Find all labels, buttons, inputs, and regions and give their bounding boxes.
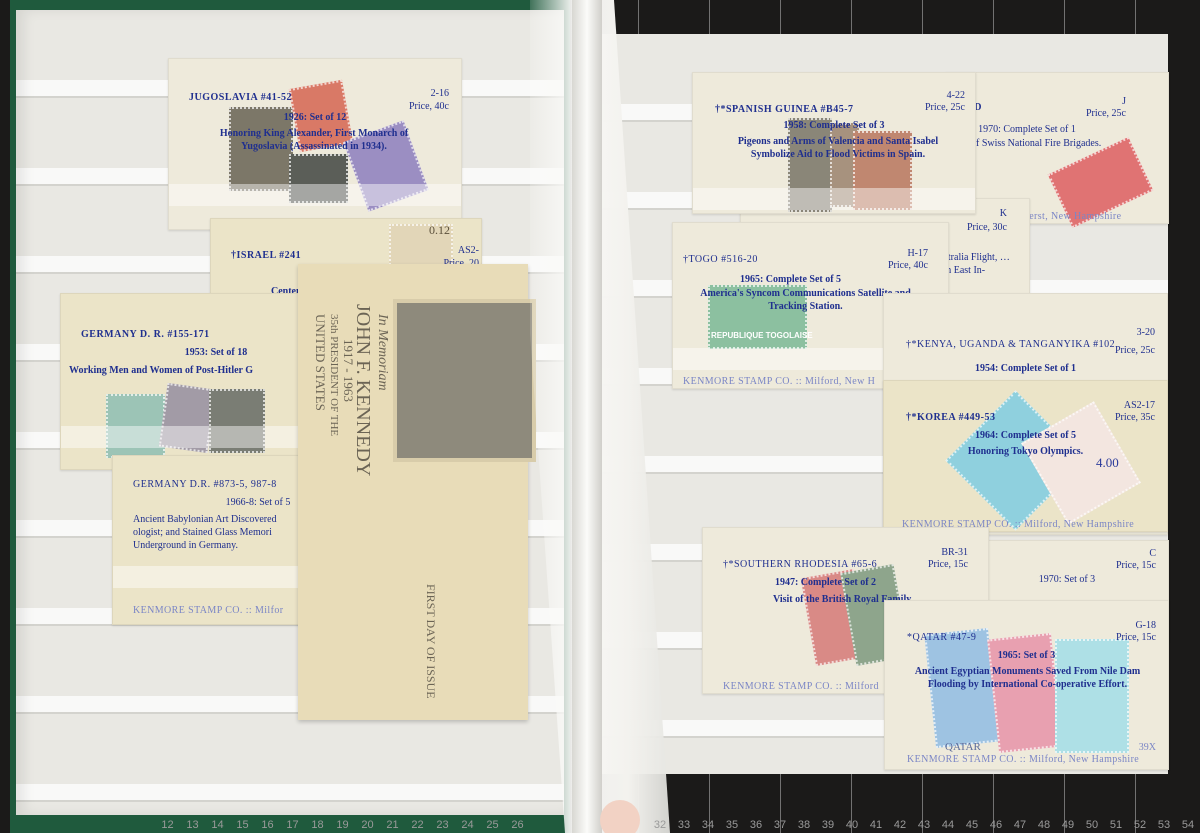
ruler-tick: 39 bbox=[816, 819, 840, 831]
ruler-tick: 33 bbox=[672, 819, 696, 831]
footer: KENMORE STAMP CO. :: Milford, New H bbox=[683, 375, 875, 388]
ruler-tick: 40 bbox=[840, 819, 864, 831]
ruler-tick: 15 bbox=[230, 819, 255, 831]
ruler-tick: 12 bbox=[155, 819, 180, 831]
ruler-tick: 16 bbox=[255, 819, 280, 831]
ruler-tick: 52 bbox=[1128, 819, 1152, 831]
footer: KENMORE STAMP CO. :: Milfor bbox=[133, 604, 283, 617]
country-label: †ISRAEL #241 bbox=[231, 249, 301, 262]
ruler-tick: 17 bbox=[280, 819, 305, 831]
ruler-tick: 14 bbox=[205, 819, 230, 831]
ruler-tick: 35 bbox=[720, 819, 744, 831]
card-germany-dr-873: GERMANY D.R. #873-5, 987-8 1966-8: Set o… bbox=[112, 455, 304, 625]
price: Price, 25c bbox=[1115, 344, 1155, 357]
ruler-tick: 43 bbox=[912, 819, 936, 831]
price: Price, 30c bbox=[967, 221, 1007, 234]
card-qatar: QATAR *QATAR #47-9 G-18 Price, 15c 1965:… bbox=[884, 600, 1169, 770]
stamp-text: REPUBLIQUE TOGOLAISE bbox=[711, 331, 813, 340]
price: Price, 15c bbox=[928, 558, 968, 571]
year-set: 1926: Set of 12 bbox=[169, 111, 461, 124]
ruler-tick: 44 bbox=[936, 819, 960, 831]
ruler-tick: 34 bbox=[696, 819, 720, 831]
ruler-tick: 42 bbox=[888, 819, 912, 831]
card-jugoslavia: JUGOSLAVIA #41-52 2-16 Price, 40c 1926: … bbox=[168, 58, 462, 230]
price: Price, 15c bbox=[1116, 559, 1156, 572]
sleeve bbox=[61, 426, 311, 448]
footer: KENMORE STAMP CO. :: Milford bbox=[723, 680, 879, 693]
ruler-tick: 46 bbox=[984, 819, 1008, 831]
portrait bbox=[393, 299, 536, 462]
year-set: 1964: Complete Set of 5 bbox=[884, 429, 1167, 442]
catalog-number: 3-20 bbox=[1137, 326, 1155, 339]
description: Working Men and Women of Post-Hitler G bbox=[69, 364, 253, 377]
ruler-tick: 38 bbox=[792, 819, 816, 831]
sleeve bbox=[113, 566, 303, 588]
description: Ancient Babylonian Art Discovered ologis… bbox=[133, 513, 303, 553]
card-spanish-guinea: †*SPANISH GUINEA #B45-7 4-22 Price, 25c … bbox=[692, 72, 976, 214]
cover-line: 1917 - 1963 bbox=[340, 339, 356, 402]
price: Price, 15c bbox=[1116, 631, 1156, 644]
price: Price, 25c bbox=[1086, 107, 1126, 120]
ruler-tick: 21 bbox=[380, 819, 405, 831]
code: 39X bbox=[1139, 741, 1156, 754]
country-label: †*KENYA, UGANDA & TANGANYIKA #102 bbox=[906, 338, 1115, 351]
first-day-cover-kennedy: In Memoriam JOHN F. KENNEDY 1917 - 1963 … bbox=[298, 264, 528, 720]
ruler-tick: 51 bbox=[1104, 819, 1128, 831]
book-spine bbox=[572, 0, 602, 833]
country-label: †*SOUTHERN RHODESIA #65-6 bbox=[723, 558, 877, 571]
country-label: GERMANY D. R. #155-171 bbox=[81, 328, 210, 341]
ruler-tick: 49 bbox=[1056, 819, 1080, 831]
ruler-tick: 18 bbox=[305, 819, 330, 831]
cancel-text: FIRST DAY OF ISSUE bbox=[423, 584, 438, 699]
description: Ancient Egyptian Monuments Saved From Ni… bbox=[900, 665, 1155, 691]
ruler-tick: 25 bbox=[480, 819, 505, 831]
description: Honoring King Alexander, First Monarch o… bbox=[209, 127, 419, 153]
year-set: 1970: Set of 3 bbox=[976, 573, 1158, 586]
description: Pigeons and Arms of Valencia and Santa I… bbox=[733, 135, 943, 161]
ruler-tick: 24 bbox=[455, 819, 480, 831]
ruler-tick: 41 bbox=[864, 819, 888, 831]
year-set: 1954: Complete Set of 1 bbox=[884, 362, 1167, 375]
country-label: *QATAR #47-9 bbox=[907, 631, 976, 644]
ruler-tick: 13 bbox=[180, 819, 205, 831]
ruler-tick: 50 bbox=[1080, 819, 1104, 831]
catalog-number: AS2- bbox=[458, 244, 479, 257]
description: Honoring Tokyo Olympics. bbox=[884, 445, 1167, 458]
stamp-value: 0.12 bbox=[429, 224, 450, 237]
price: Price, 35c bbox=[1115, 411, 1155, 424]
price: Price, 25c bbox=[925, 101, 965, 114]
ruler-tick: 37 bbox=[768, 819, 792, 831]
ruler-tick: 23 bbox=[430, 819, 455, 831]
catalog-number: 2-16 bbox=[431, 87, 449, 100]
sleeve bbox=[169, 184, 461, 206]
ruler-tick: 19 bbox=[330, 819, 355, 831]
card-korea: 4.00 †*KOREA #449-53 AS2-17 Price, 35c 1… bbox=[883, 380, 1168, 532]
ruler-tick: 22 bbox=[405, 819, 430, 831]
ruler-tick: 32 bbox=[648, 819, 672, 831]
cover-line: In Memoriam bbox=[374, 314, 390, 391]
country-label: JUGOSLAVIA #41-52 bbox=[189, 91, 292, 104]
country-label: †*SPANISH GUINEA #B45-7 bbox=[715, 103, 854, 116]
year-set: 1965: Set of 3 bbox=[885, 649, 1168, 662]
ruler-tick: 20 bbox=[355, 819, 380, 831]
footer: KENMORE STAMP CO. :: Milford, New Hampsh… bbox=[907, 753, 1139, 766]
description: …of Swiss National Fire Brigades. bbox=[961, 137, 1101, 150]
card-germany-dr-155: GERMANY D. R. #155-171 P 1953: Set of 18… bbox=[60, 293, 312, 470]
country-label: †TOGO #516-20 bbox=[683, 253, 758, 266]
price: Price, 40c bbox=[888, 259, 928, 272]
country-label: †*KOREA #449-53 bbox=[906, 411, 995, 424]
cover-line: 35th PRESIDENT OF THE bbox=[328, 314, 340, 436]
ruler-tick: 53 bbox=[1152, 819, 1176, 831]
cover-line: UNITED STATES bbox=[312, 314, 328, 411]
ruler-tick: 47 bbox=[1008, 819, 1032, 831]
catalog-number: K bbox=[1000, 207, 1007, 220]
year-set: 1947: Complete Set of 2 bbox=[683, 576, 968, 589]
ruler-tick: 45 bbox=[960, 819, 984, 831]
ruler-tick: 26 bbox=[505, 819, 530, 831]
sleeve bbox=[693, 188, 975, 210]
year-set: 1958: Complete Set of 3 bbox=[693, 119, 975, 132]
ruler-tick: 48 bbox=[1032, 819, 1056, 831]
ruler-tick: 54 bbox=[1176, 819, 1200, 831]
country-label: GERMANY D.R. #873-5, 987-8 bbox=[133, 478, 277, 491]
ruler: 121314151617181920212223242526 323334353… bbox=[0, 813, 1200, 833]
ruler-tick: 36 bbox=[744, 819, 768, 831]
